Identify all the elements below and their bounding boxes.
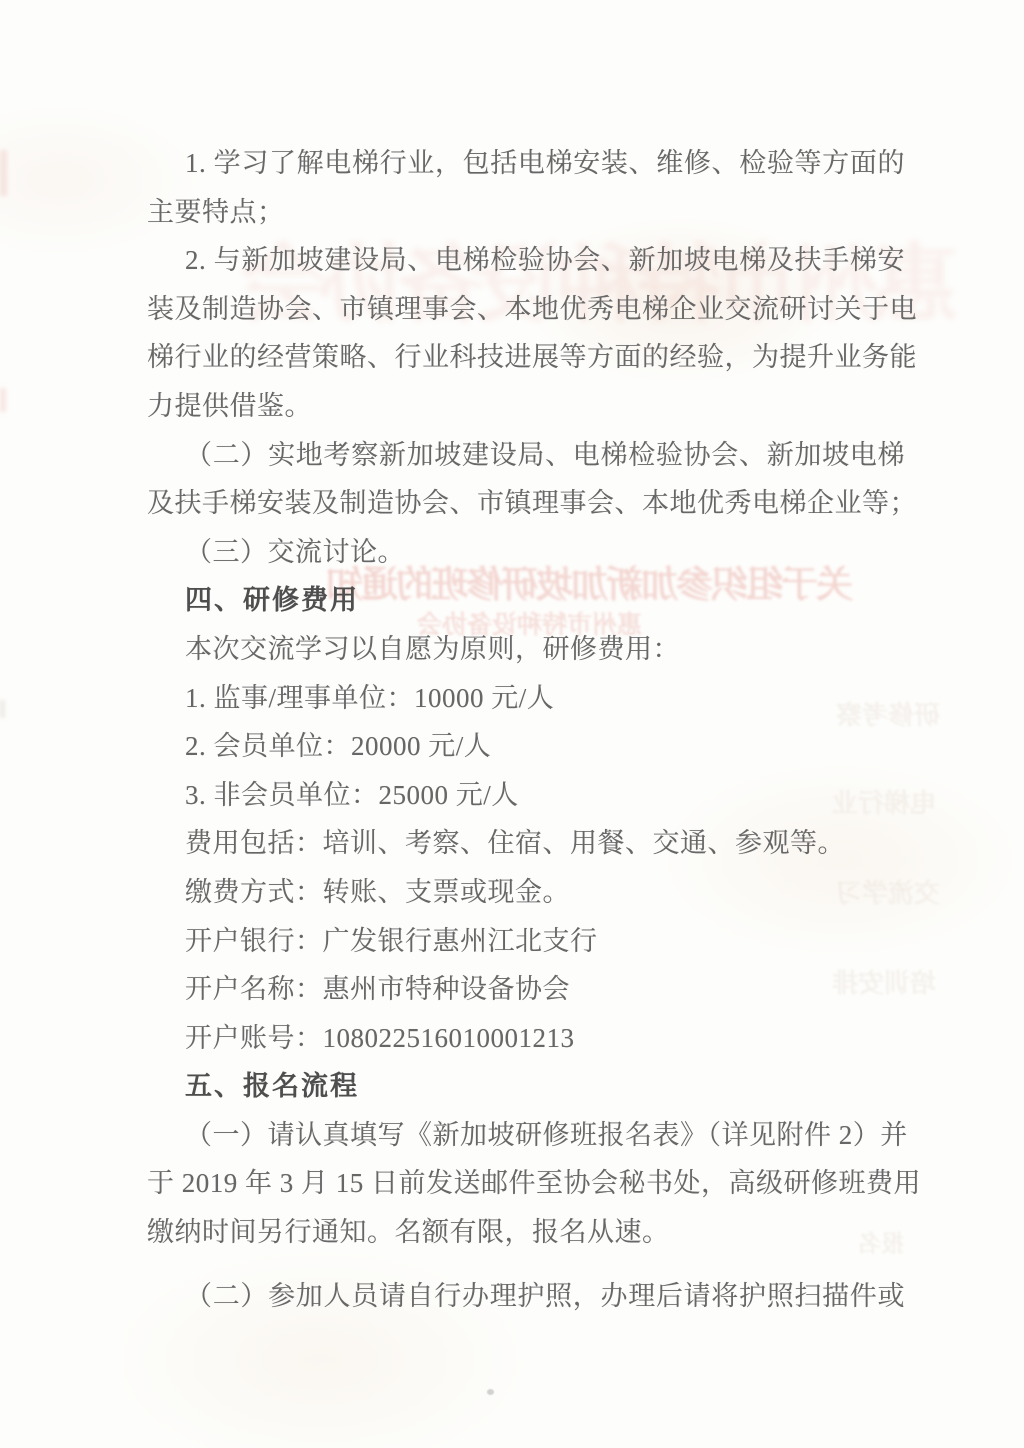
text-line: 梯行业的经营策略、行业科技进展等方面的经验，为提升业务能 bbox=[147, 333, 905, 382]
text-line: 2. 会员单位：20000 元/人 bbox=[147, 722, 905, 771]
text-line: 缴纳时间另行通知。名额有限，报名从速。 bbox=[147, 1208, 905, 1257]
text-line: 主要特点； bbox=[147, 188, 905, 237]
text-line: 缴费方式：转账、支票或现金。 bbox=[147, 868, 905, 917]
text-line: 开户银行：广发银行惠州江北支行 bbox=[147, 917, 905, 966]
text-line: （二）实地考察新加坡建设局、电梯检验协会、新加坡电梯 bbox=[147, 431, 905, 480]
scan-edge-mark bbox=[0, 150, 7, 196]
text-line: （三）交流讨论。 bbox=[147, 528, 905, 577]
text-line: 开户账号：108022516010001213 bbox=[147, 1014, 905, 1063]
text-line: 1. 监事/理事单位：10000 元/人 bbox=[147, 674, 905, 723]
section-heading-line: 五、报名流程 bbox=[147, 1062, 905, 1111]
document-body: 1. 学习了解电梯行业，包括电梯安装、维修、检验等方面的主要特点；2. 与新加坡… bbox=[147, 139, 905, 1320]
text-line: 1. 学习了解电梯行业，包括电梯安装、维修、检验等方面的 bbox=[147, 139, 905, 188]
text-line: 本次交流学习以自愿为原则，研修费用： bbox=[147, 625, 905, 674]
scan-speck bbox=[487, 1389, 494, 1395]
text-line: 及扶手梯安装及制造协会、市镇理事会、本地优秀电梯企业等； bbox=[147, 479, 905, 528]
text-line: （二）参加人员请自行办理护照，办理后请将护照扫描件或 bbox=[147, 1272, 905, 1321]
text-line: 力提供借鉴。 bbox=[147, 382, 905, 431]
scanned-page: 惠州市特种设备协会 关于组织参加新加坡研修班的通知 惠州市特种设备协会 研修考察… bbox=[0, 0, 1024, 1448]
text-line: （一）请认真填写《新加坡研修班报名表》（详见附件 2）并 bbox=[147, 1111, 905, 1160]
section-heading-line: 四、研修费用 bbox=[147, 576, 905, 625]
text-line: 于 2019 年 3 月 15 日前发送邮件至协会秘书处，高级研修班费用 bbox=[147, 1159, 905, 1208]
text-line: 开户名称：惠州市特种设备协会 bbox=[147, 965, 905, 1014]
text-line: 3. 非会员单位：25000 元/人 bbox=[147, 771, 905, 820]
text-line: 费用包括：培训、考察、住宿、用餐、交通、参观等。 bbox=[147, 819, 905, 868]
scan-edge-mark bbox=[0, 388, 6, 412]
text-line: 装及制造协会、市镇理事会、本地优秀电梯企业交流研讨关于电 bbox=[147, 285, 905, 334]
text-line: 2. 与新加坡建设局、电梯检验协会、新加坡电梯及扶手梯安 bbox=[147, 236, 905, 285]
scan-edge-mark bbox=[0, 700, 5, 718]
